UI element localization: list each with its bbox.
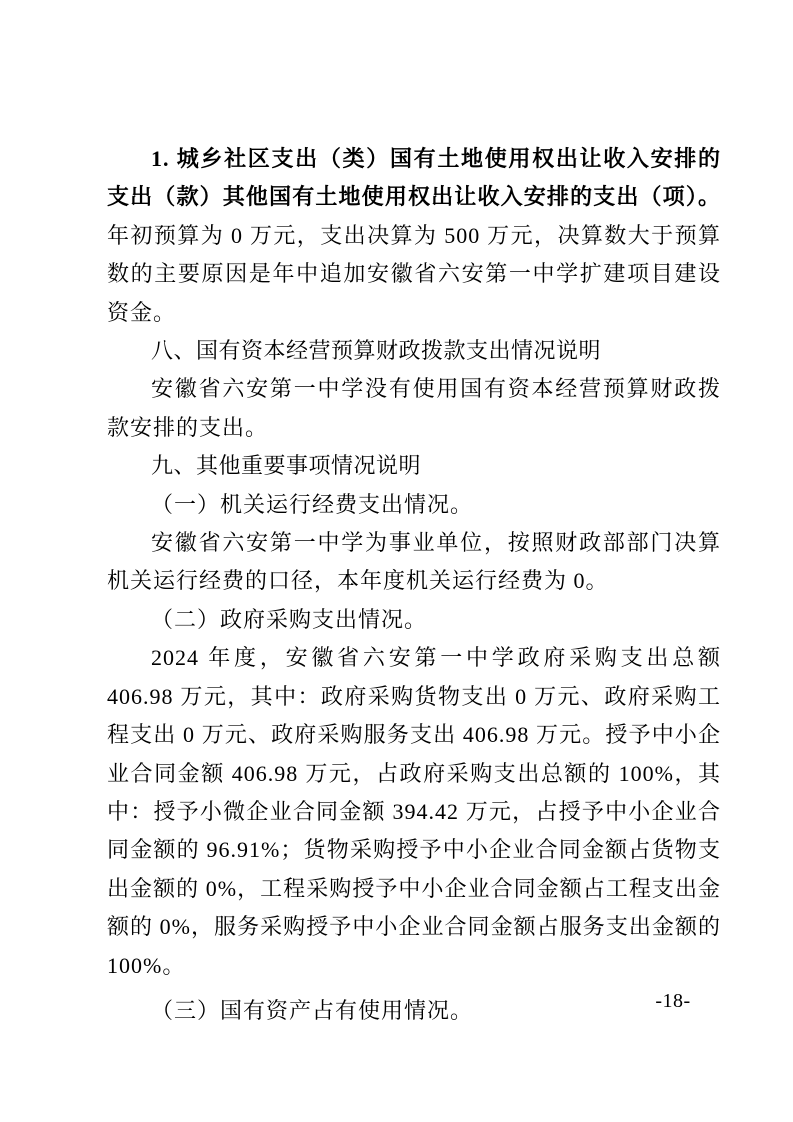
paragraph-9-1-operating-expenses: 安徽省六安第一中学为事业单位，按照财政部部门决算机关运行经费的口径，本年度机关运… xyxy=(107,524,721,601)
heading-9-1-operating-expenses: （一）机关运行经费支出情况。 xyxy=(107,486,721,524)
paragraph-section-8: 安徽省六安第一中学没有使用国有资本经营预算财政拨款安排的支出。 xyxy=(107,370,721,447)
document-body: 1. 城乡社区支出（类）国有土地使用权出让收入安排的支出（款）其他国有土地使用权… xyxy=(107,140,721,1030)
page-number: -18- xyxy=(648,986,698,1016)
paragraph-land-transfer-lead: 1. 城乡社区支出（类）国有土地使用权出让收入安排的支出（款）其他国有土地使用权… xyxy=(107,146,721,209)
paragraph-land-transfer-expenditure: 1. 城乡社区支出（类）国有土地使用权出让收入安排的支出（款）其他国有土地使用权… xyxy=(107,140,721,332)
paragraph-land-transfer-rest: 年初预算为 0 万元，支出决算为 500 万元，决算数大于预算数的主要原因是年中… xyxy=(107,223,721,325)
heading-9-2-government-procurement: （二）政府采购支出情况。 xyxy=(107,601,721,639)
document-page: 1. 城乡社区支出（类）国有土地使用权出让收入安排的支出（款）其他国有土地使用权… xyxy=(0,0,793,1122)
heading-section-8-state-capital-budget: 八、国有资本经营预算财政拨款支出情况说明 xyxy=(107,332,721,370)
heading-9-3-state-owned-assets: （三）国有资产占有使用情况。 xyxy=(107,992,721,1030)
paragraph-9-2-government-procurement: 2024 年度，安徽省六安第一中学政府采购支出总额 406.98 万元，其中：政… xyxy=(107,639,721,985)
heading-section-9-other-important-matters: 九、其他重要事项情况说明 xyxy=(107,447,721,485)
